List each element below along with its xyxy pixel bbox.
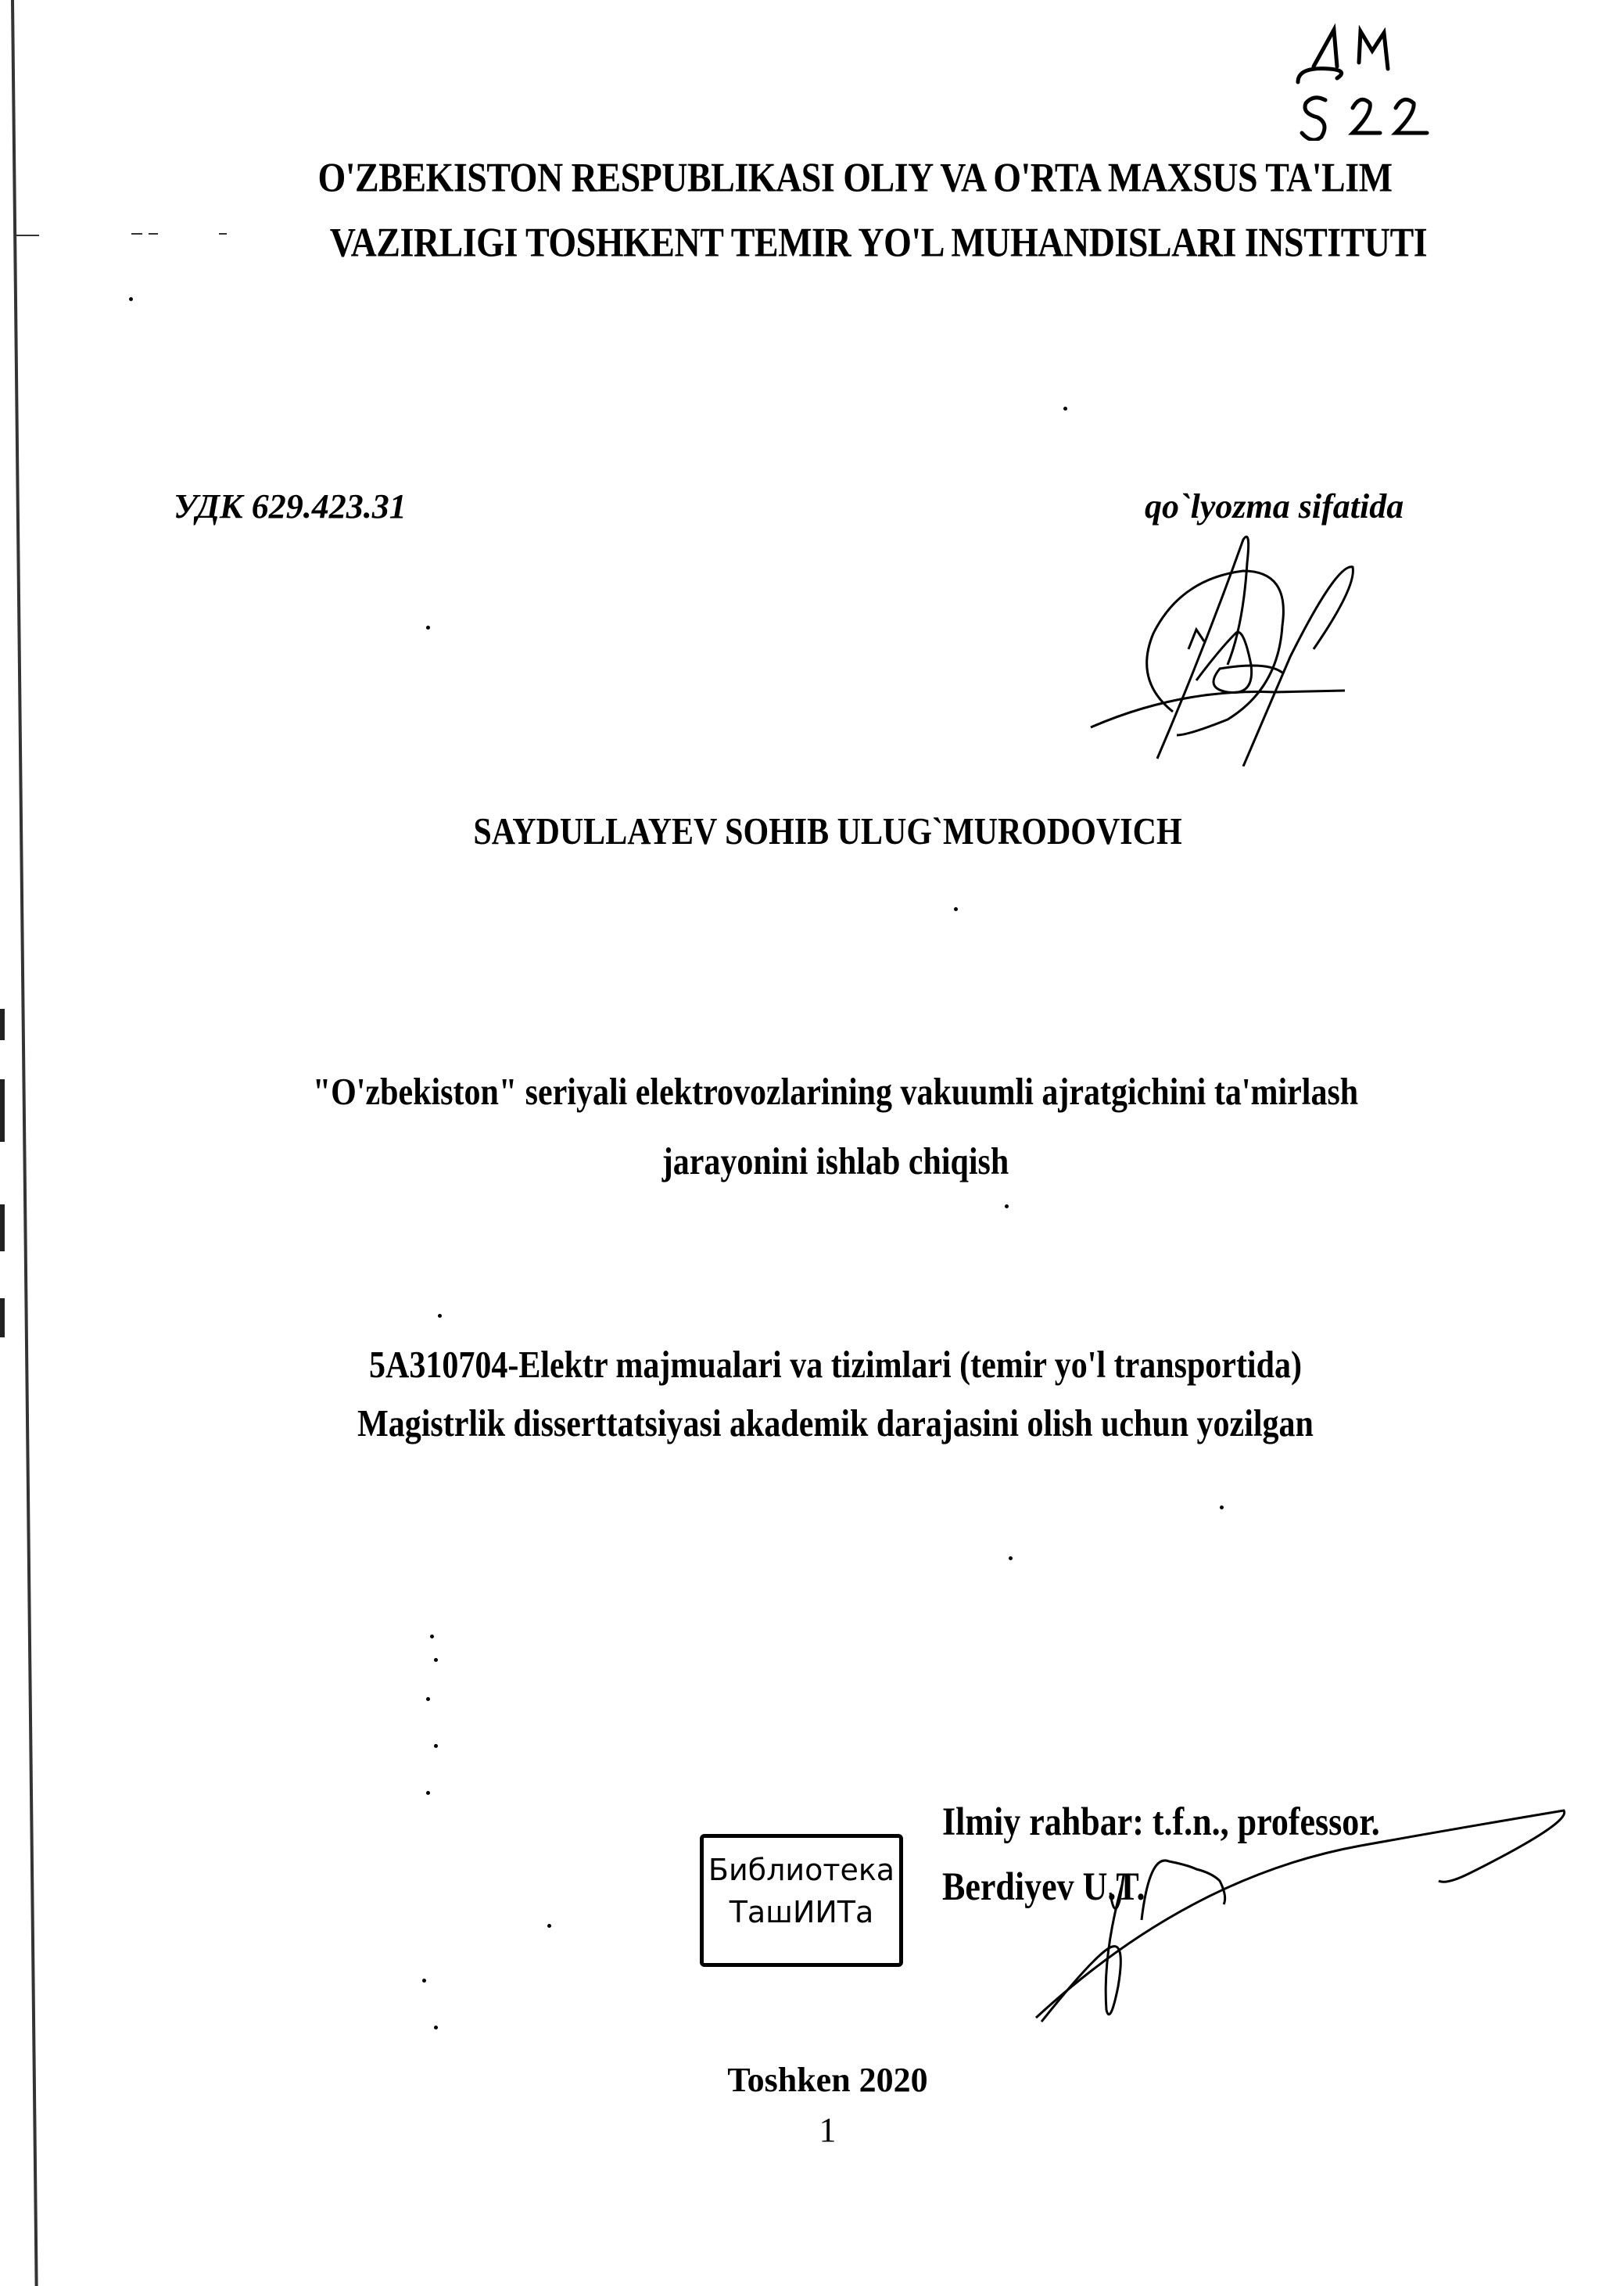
library-stamp: Библиотека ТашИИТа (700, 1834, 903, 1967)
author-name: SAYDULLAYEV SOHIB ULUG`MURODOVICH (0, 810, 1624, 853)
scan-artifact (434, 1658, 438, 1662)
thesis-title-line2: jarayonini ishlab chiqish (0, 1140, 1624, 1183)
thesis-title-line1: "O'zbekiston" seriyali elektrovozlarinin… (0, 1071, 1624, 1114)
stamp-line2: ТашИИТа (704, 1891, 899, 1933)
specialty-line2: Magistrlik disserttatsiyasi akademik dar… (0, 1402, 1624, 1445)
advisor-signature (1032, 1799, 1579, 2041)
handwritten-note-icon (1282, 16, 1454, 141)
scan-artifact (438, 1314, 442, 1318)
scan-artifact (434, 2026, 438, 2029)
scan-artifact (1220, 1505, 1224, 1509)
author-signature (1087, 532, 1384, 766)
page-number: 1 (0, 2110, 1624, 2150)
scan-artifact (434, 1744, 438, 1748)
scan-artifact (0, 1009, 5, 1040)
handwritten-note (1282, 16, 1454, 141)
scan-artifact (430, 1635, 434, 1638)
scan-artifact (1005, 1204, 1009, 1208)
city-year: Toshken 2020 (0, 2060, 1624, 2100)
scan-artifact (426, 626, 430, 630)
scan-artifact (422, 1979, 426, 1983)
scan-artifact (0, 1204, 5, 1251)
manuscript-label: qo`lyozma sifatida (1145, 486, 1404, 526)
specialty-line1: 5A310704-Elektr majmualari va tizimlari … (0, 1344, 1624, 1387)
signature-icon (1087, 532, 1384, 766)
udk-code: УДК 629.423.31 (174, 486, 407, 526)
scan-artifact (1009, 1556, 1013, 1560)
signature-icon (1032, 1799, 1579, 2041)
institution-header-line1: O'ZBEKISTON RESPUBLIKASI OLIY VA O'RTA M… (0, 153, 1624, 201)
scan-artifact (1063, 407, 1067, 411)
scan-artifact (426, 1791, 430, 1795)
scan-artifact (547, 1924, 551, 1928)
scan-artifact (954, 907, 958, 911)
scan-artifact (129, 297, 133, 301)
scan-artifact (0, 1298, 5, 1337)
stamp-line1: Библиотека (704, 1849, 899, 1891)
scan-artifact (426, 1697, 430, 1701)
institution-header-line2: VAZIRLIGI TOSHKENT TEMIR YO'L MUHANDISLA… (0, 218, 1624, 266)
